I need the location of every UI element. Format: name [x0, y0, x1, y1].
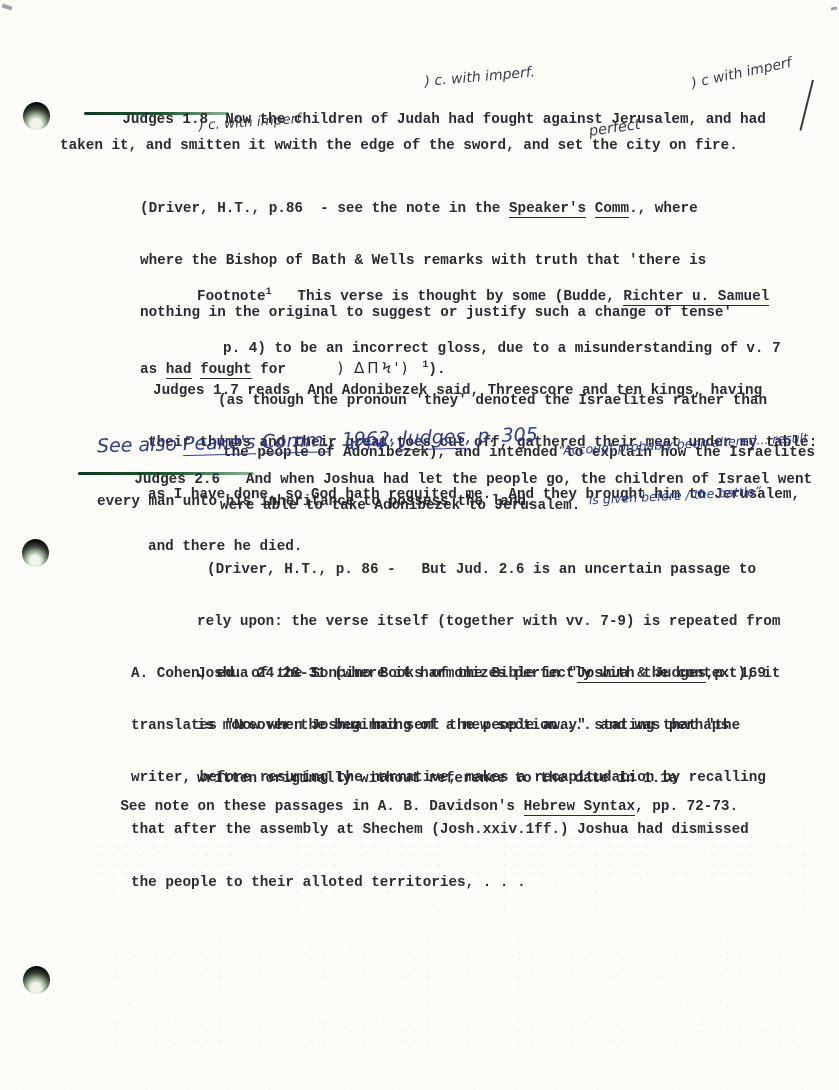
scan-speck [831, 6, 837, 10]
punch-hole-top [23, 102, 50, 130]
verse-1-8-text: Now the children of Judah had fought aga… [208, 112, 766, 128]
handwritten-slash-mark [799, 80, 814, 131]
underlined-judges: Judges [402, 426, 466, 451]
text-line: Footnote1 This verse is thought by some … [197, 284, 815, 306]
text-segment: See also [97, 433, 184, 457]
punch-hole-middle [22, 539, 49, 567]
text-line: Judges 1.7 reads And Adonibezek said, Th… [148, 383, 817, 400]
ghost-bleed-through-band [95, 815, 815, 915]
underlined-title-comm: Comm [595, 201, 629, 218]
underlined-title-speakers: Speaker's [509, 201, 586, 218]
text-segment: See note on these passages in A. B. Davi… [120, 799, 523, 815]
text-segment: ., where [629, 201, 698, 217]
text-segment: , pp. 72-73. [635, 799, 738, 815]
text-segment: (Driver, H.T., p.86 - see the note in th… [140, 201, 509, 217]
verse-2-6-line-2: every man unto his inheritance to posses… [97, 494, 535, 511]
underlined-comm: Comm. [261, 429, 330, 454]
ghost-bleed-through-band [110, 928, 815, 1053]
text-segment: This verse is thought by some (Budde, [272, 289, 624, 305]
handwritten-annotation-imperf-top-right: ) c with imperf [690, 55, 793, 92]
handwritten-annotation-imperf-center: ) c. with imperf. [424, 64, 536, 90]
text-line: (Driver, H.T., p.86 - see the note in th… [140, 201, 732, 218]
underlined-peakes: Peake's [183, 431, 256, 456]
underlined-title-richter-u-samuel: Richter u. Samuel [623, 289, 769, 306]
text-line: rely upon: the verse itself (together wi… [197, 614, 780, 631]
footnote-label: Footnote [197, 289, 266, 305]
handwritten-hebrew-above-let: πϟΨ’) [350, 435, 404, 454]
verse-ref-judges-2-6: Judges 2.6 [134, 472, 220, 488]
verse-1-8-line-2: taken it, and smitten it wwith the edge … [60, 138, 738, 155]
underlined-title-hebrew-syntax: Hebrew Syntax [524, 799, 636, 816]
scan-speck [2, 4, 13, 11]
text-segment: ,p. 169 [706, 666, 766, 682]
text-segment [586, 201, 595, 217]
verse-2-6-text: And when Joshua had let the people go, t… [220, 472, 812, 488]
text-line: A. Cohen, ed. of the Soncino Books of th… [131, 666, 766, 683]
punch-hole-bottom [23, 966, 50, 994]
text-line: translates "Now when Joshua had sent the… [131, 718, 766, 735]
verse-ref-judges-1-8: Judges 1.8 [122, 112, 208, 128]
underlined-title-joshua-judges: Joshua & Judges [577, 666, 706, 683]
scanned-document-page: ) c. with imperf. ) c with imperf ) c. w… [0, 0, 839, 1090]
text-segment: , p. 305 [465, 424, 538, 448]
text-line: (Driver, H.T., p. 86 - But Jud. 2.6 is a… [197, 562, 780, 579]
text-segment: A. Cohen, ed. of the Soncino Books of th… [131, 666, 577, 682]
